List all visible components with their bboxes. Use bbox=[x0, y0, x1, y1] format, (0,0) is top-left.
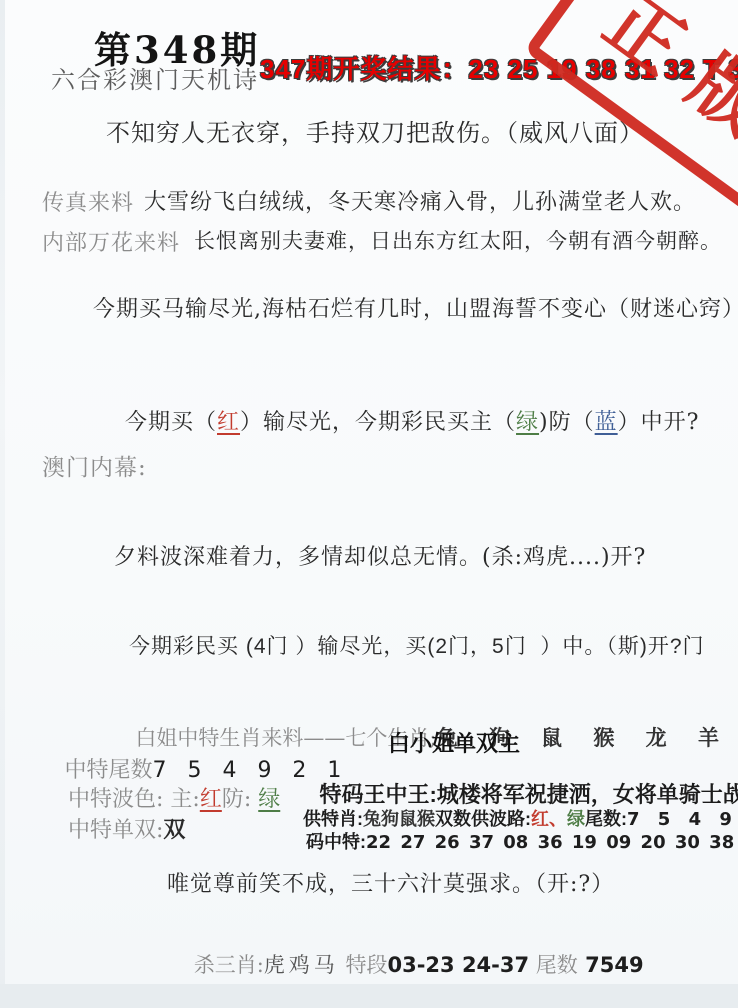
color-bet-red: 红 bbox=[217, 410, 240, 435]
color-bet-green: 绿 bbox=[516, 410, 539, 435]
fax-material-label: 传真来料 bbox=[42, 186, 134, 217]
color-bet-part2: ）输尽光，今期彩民买主（ bbox=[240, 410, 516, 435]
scan-edge-shading bbox=[0, 0, 5, 1008]
kill-zodiac-label: 杀三肖: bbox=[194, 953, 264, 977]
kill-zodiac-animals: 虎鸡马 bbox=[264, 953, 339, 977]
special-codes-line: 码中特:22 27 26 37 08 36 19 09 20 30 38 13 … bbox=[286, 807, 738, 875]
authentic-stamp: 正版 bbox=[524, 0, 738, 215]
kill-segment-value: 03-23 24-37 bbox=[387, 953, 529, 977]
special-wave-red: 红 bbox=[200, 787, 222, 812]
special-codes-value: 22 27 26 37 08 36 19 09 20 30 38 13 41 4… bbox=[366, 832, 738, 853]
color-bet-part4: ）中开? bbox=[618, 410, 700, 435]
kill-segment-label: 特段 bbox=[339, 953, 388, 977]
color-bet-line: 今期买（红）输尽光，今期彩民买主（绿)防（蓝）中开? bbox=[93, 380, 699, 461]
tipsheet-page: 第348期 六合彩澳门天机诗 347期开奖结果：23 25 19 38 31 3… bbox=[0, 0, 738, 1008]
special-oddeven-value: 双 bbox=[163, 817, 185, 843]
kill-tail-value: 7549 bbox=[578, 953, 644, 977]
kill-tail-label: 尾数 bbox=[529, 953, 578, 977]
poem-line-1: 不知穷人无衣穿，手持双刀把敌伤。（威风八面） bbox=[106, 113, 644, 148]
door-bet-line: 今期彩民买 (4门 ）输尽光，买(2门，5门 ）中。（斯)开?门 bbox=[129, 630, 705, 660]
closing-poem-line: 唯觉尊前笑不成，三十六汁莫强求。（开:?） bbox=[167, 867, 614, 898]
color-bet-blue: 蓝 bbox=[595, 410, 618, 435]
color-bet-part1: 今期买（ bbox=[125, 410, 217, 435]
special-oddeven-row: 中特单双:双 bbox=[40, 788, 185, 869]
special-oddeven-label: 中特单双: bbox=[68, 818, 163, 843]
page-subtitle: 六合彩澳门天机诗 bbox=[51, 60, 259, 95]
color-bet-part3: )防（ bbox=[539, 410, 595, 435]
macau-insider-label: 澳门内幕: bbox=[42, 449, 147, 482]
fax-material-poem: 大雪纷飞白绒绒，冬天寒冷痛入骨，儿孙满堂老人欢。 bbox=[144, 185, 696, 216]
horse-bet-line: 今期买马输尽光,海枯石烂有几时，山盟海誓不变心（财迷心窍） bbox=[93, 292, 738, 323]
internal-material-label: 内部万花来料 bbox=[42, 226, 180, 257]
internal-material-poem: 长恨离别夫妻难，日出东方红太阳，今朝有酒今朝醉。 bbox=[194, 225, 722, 255]
special-wave-green: 绿 bbox=[258, 787, 280, 812]
special-codes-label: 码中特: bbox=[306, 832, 366, 852]
scan-footer-strip bbox=[0, 984, 738, 1008]
wave-poem-line: 夕料波深难着力，多情却似总无情。(杀:鸡虎....)开? bbox=[114, 540, 646, 571]
special-wave-mid: 防: bbox=[222, 787, 258, 812]
